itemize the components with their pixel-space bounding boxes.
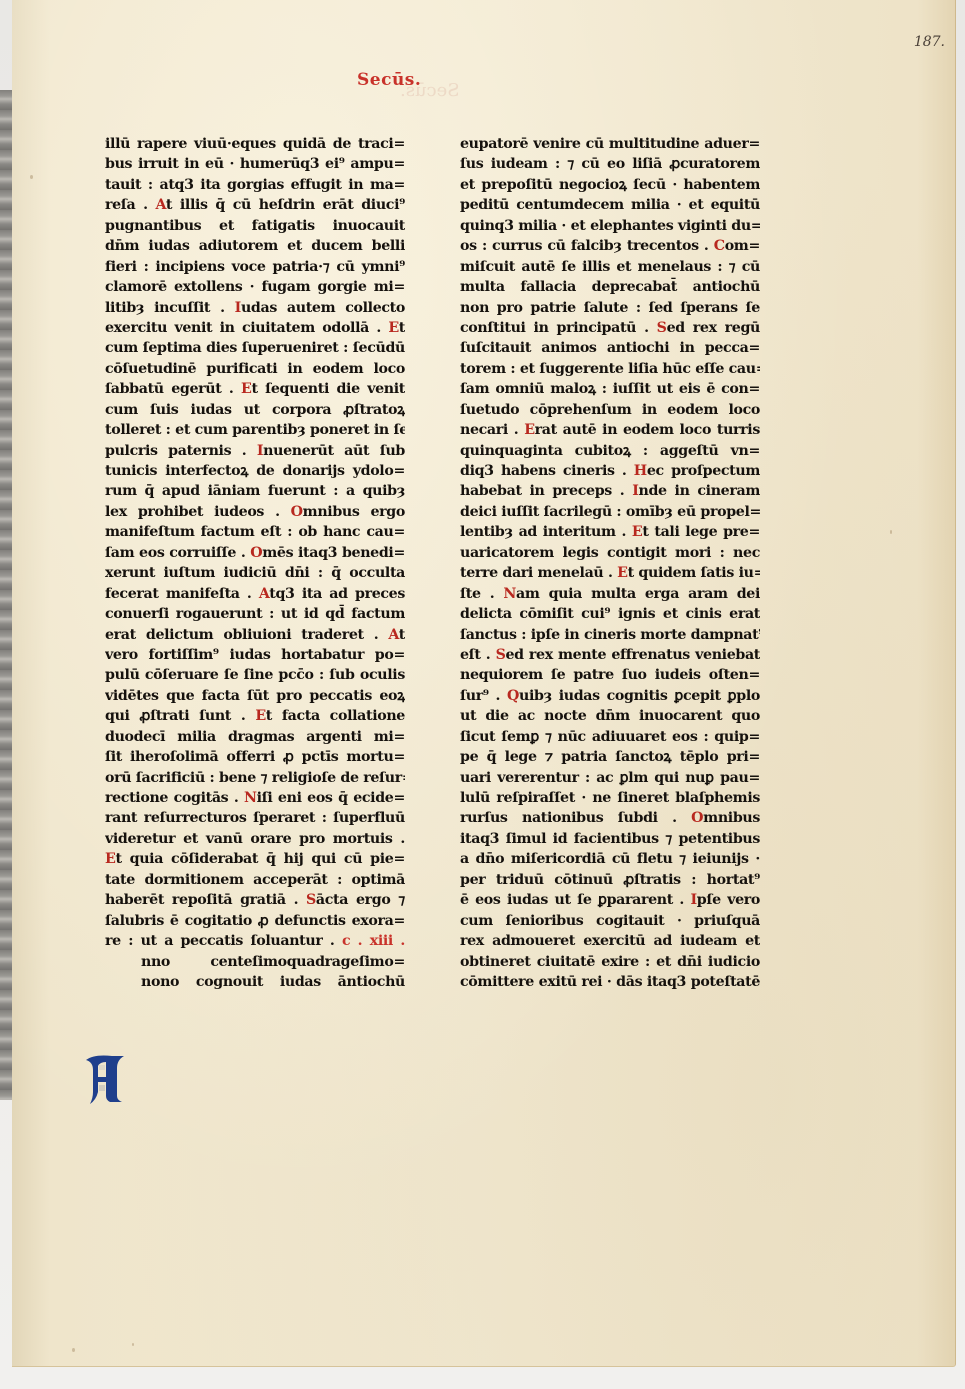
line-text: qui ꝓſtrati ſunt .	[105, 708, 255, 724]
line-text: deici iuſſit ſacrilegū : omībȝ eū propel…	[460, 504, 760, 520]
text-line: exercitu venit in ciuitatem odollā . Et	[105, 318, 405, 338]
text-line: necari . Erat autē in eodem loco turris	[460, 420, 760, 440]
line-text: iſi eni eos q̄ ecide=	[257, 790, 405, 806]
text-line: pugnantibus et fatigatis inuocauit	[105, 216, 405, 236]
rubricated-capital: S	[496, 647, 506, 663]
text-line: uaricatorem legis contigit mori : nec	[460, 543, 760, 563]
text-line: rex admoueret exercitū ad iudeam et	[460, 931, 760, 951]
line-text: erat delictum obliuioni traderet .	[105, 627, 388, 643]
text-line: ſam omniū maloꝝ : iuſſit ut eis ē con=	[460, 379, 760, 399]
scanned-page: 187. Secūs. Secūs. illū rapere viuū·eque…	[0, 0, 965, 1389]
line-text: t	[399, 627, 405, 643]
foxing-spot	[30, 175, 33, 179]
text-line: reſa . At illis q̄ cū heſdrin erāt diuci…	[105, 195, 405, 215]
text-line: clamorē extollens · fugam gorgie mi=	[105, 277, 405, 297]
line-text: diq3 habens cineris .	[460, 463, 634, 479]
text-line: re : ut a peccatis ſoluantur . c . xiii …	[105, 931, 405, 951]
text-line: pulcris paternis . Inuenerūt aūt ſub	[105, 441, 405, 461]
line-text: illū rapere viuū·eques quidā de traci=	[105, 136, 405, 152]
foxing-spot	[132, 1343, 134, 1346]
line-text: ed rex regū	[667, 320, 760, 336]
text-line: cum ſuis iudas ut corpora ꝓſtratoꝝ	[105, 400, 405, 420]
rubricated-capital: O	[291, 504, 303, 520]
rubricated-capital: E	[241, 381, 251, 397]
text-line: ſit iheroſolimā offerri ꝓ pctīs mortu=	[105, 747, 405, 767]
text-line: uari vererentur : ac ꝑlm qui nuꝑ pau=	[460, 768, 760, 788]
line-text: mnibus ergo	[303, 504, 405, 520]
text-line: nequiorem ſe patre ſuo iudeis oſten=	[460, 665, 760, 685]
text-line: ſabbatū egerūt . Et ſequenti die venit	[105, 379, 405, 399]
line-text: conuerſi rogauerunt : ut id qd̄ factum	[105, 606, 405, 622]
text-line: illū rapere viuū·eques quidā de traci=	[105, 134, 405, 154]
text-line: per triduū cōtinuū ꝓſtratis : hortat⁹	[460, 870, 760, 890]
text-line: fecerat manifeſta . Atq3 ita ad preces	[105, 584, 405, 604]
text-line: miſcuit autē ſe illis et menelaus : ⁊ cū	[460, 257, 760, 277]
rubricated-capital: E	[617, 565, 627, 581]
line-text: pulū cōſeruare ſe ſine pcc̄o : ſub oculi…	[105, 667, 405, 683]
text-line: ē eos iudas ut ſe ꝑpararent . Ipſe vero	[460, 890, 760, 910]
line-text: litibȝ incuſſit .	[105, 300, 235, 316]
line-text: rat autē in eodem loco turris	[535, 422, 760, 438]
line-text: lentibȝ ad interitum .	[460, 524, 632, 540]
text-line: rant reſurrecturos ſperaret : ſuperfluū	[105, 808, 405, 828]
text-column-left: illū rapere viuū·eques quidā de traci=bu…	[105, 134, 405, 992]
text-line: cōmittere exitū rei · dās itaq3 poteſtat…	[460, 972, 760, 992]
text-line: lulū reſpiraſſet · ne ſineret blaſphemis	[460, 788, 760, 808]
text-line: pe q̄ lege ⁊ patria ſanctoꝝ tēplo pri=	[460, 747, 760, 767]
line-text: et prepoſitū negocioꝝ ſecū · habentem	[460, 177, 760, 193]
text-line: tauit : atq3 ita gorgias effugit in ma=	[105, 175, 405, 195]
text-line: ſam eos corruiſſe . Omēs itaq3 benedi=	[105, 543, 405, 563]
illuminated-initial-a	[84, 1052, 130, 1104]
text-line: cōſuetudinē purificati in eodem loco	[105, 359, 405, 379]
line-text: cum ſeptima dies ſuperueniret : ſecūdū	[105, 340, 405, 356]
text-line: pulū cōſeruare ſe ſine pcc̄o : ſub oculi…	[105, 665, 405, 685]
rubricated-capital: S	[657, 320, 667, 336]
line-text: t tali lege pre=	[642, 524, 760, 540]
text-line: terre dari menelaū . Et quidem ſatis iu=	[460, 563, 760, 583]
rubricated-capital: O	[250, 545, 262, 561]
text-line: dn̄m iudas adiutorem et ducem belli	[105, 236, 405, 256]
line-text: rurſus nationibus ſubdi .	[460, 810, 691, 826]
line-text: t	[399, 320, 405, 336]
text-line: conſtitui in principatū . Sed rex regū	[460, 318, 760, 338]
line-text: rex admoueret exercitū ad iudeam et	[460, 933, 760, 949]
text-column-right: eupatorē venire cū multitudine aduer=ſus…	[460, 134, 760, 992]
text-line: orū ſacrificiū : bene ⁊ religioſe de reſ…	[105, 768, 405, 788]
line-text: ſus iudeam : ⁊ cū eo liſiā ꝓcuratorem	[460, 156, 760, 172]
line-text: ē eos iudas ut ſe ꝑpararent .	[460, 892, 690, 908]
line-text: tate dormitionem acceperāt : optimā	[105, 872, 405, 888]
text-line: ut die ac nocte dn̄m inuocarent quo	[460, 706, 760, 726]
text-line: habebat in preceps . Inde in cineram	[460, 481, 760, 501]
rubricated-capital: A	[259, 586, 269, 602]
line-text: manifeſtum factum eſt : ob hanc cau=	[105, 524, 405, 540]
line-text: rectione cogitās .	[105, 790, 244, 806]
line-text: ſicut ſemꝑ ⁊ nūc adiuuaret eos : quip=	[460, 729, 760, 745]
line-text: necari .	[460, 422, 524, 438]
line-text: torem : et ſuggerente liſia hūc eſſe cau…	[460, 361, 760, 377]
text-line: ſur⁹ . Quibȝ iudas cognitis ꝑcepit ꝑplo	[460, 686, 760, 706]
text-line: quinq3 milia · et elephantes viginti du=	[460, 216, 760, 236]
rubricated-capital: E	[388, 320, 398, 336]
line-text: clamorē extollens · fugam gorgie mi=	[105, 279, 405, 295]
line-text: t illis q̄ cū heſdrin erāt diuci⁹	[166, 197, 405, 213]
text-line: non pro patrie ſalute : ſed ſperans ſe	[460, 298, 760, 318]
line-text: eſt .	[460, 647, 496, 663]
line-text: ſuetudo cōprehenſum in eodem loco	[460, 402, 760, 418]
line-text: duodecī milia dragmas argenti mi=	[105, 729, 405, 745]
line-text: nuenerūt aūt ſub	[263, 443, 405, 459]
rubricated-capital: E	[105, 851, 115, 867]
folio-number: 187.	[914, 34, 945, 50]
text-line: nono cognouit iudas āntiochū	[105, 972, 405, 992]
text-line: erat delictum obliuioni traderet . At	[105, 625, 405, 645]
line-text: lex prohibet iudeos .	[105, 504, 291, 520]
line-text: conſtitui in principatū .	[460, 320, 657, 336]
text-line: ſicut ſemꝑ ⁊ nūc adiuuaret eos : quip=	[460, 727, 760, 747]
text-line: peditū centumdecem milia · et equitū	[460, 195, 760, 215]
line-text: ed rex mente effrenatus veniebat	[505, 647, 760, 663]
line-text: nono cognouit iudas āntiochū	[141, 974, 405, 990]
line-text: exercitu venit in ciuitatem odollā .	[105, 320, 388, 336]
line-text: cōmittere exitū rei · dās itaq3 poteſtat…	[460, 974, 760, 990]
text-line: delicta cōmiſit cui⁹ ignis et cinis erat	[460, 604, 760, 624]
line-text: mēs itaq3 benedi=	[262, 545, 405, 561]
line-text: terre dari menelaū .	[460, 565, 617, 581]
line-text: t facta collatione	[266, 708, 405, 724]
text-line: a dn̄o miſericordiā cū fletu ⁊ ieiunijs …	[460, 849, 760, 869]
chapter-number: c . xiii .	[335, 933, 405, 949]
line-text: nequiorem ſe patre ſuo iudeis oſten=	[460, 667, 760, 683]
line-text: per triduū cōtinuū ꝓſtratis : hortat⁹	[460, 872, 760, 888]
text-line: cum ſenioribus cogitauit · priuſquā	[460, 911, 760, 931]
line-text: ſam omniū maloꝝ : iuſſit ut eis ē con=	[460, 381, 760, 397]
line-text: tauit : atq3 ita gorgias effugit in ma=	[105, 177, 405, 193]
text-line: ſus iudeam : ⁊ cū eo liſiā ꝓcuratorem	[460, 154, 760, 174]
line-text: tolleret : et cum parentibȝ poneret in ſ…	[105, 422, 405, 438]
text-line: videretur et vanū orare pro mortuis .	[105, 829, 405, 849]
line-text: rant reſurrecturos ſperaret : ſuperfluū	[105, 810, 405, 826]
rubricated-capital: S	[306, 892, 316, 908]
text-line: multa fallacia deprecabat̄ antiochū	[460, 277, 760, 297]
line-text: re : ut a peccatis ſoluantur .	[105, 933, 335, 949]
rubricated-capital: H	[634, 463, 647, 479]
line-text: tunicis interfectoꝝ de donarijs ydolo=	[105, 463, 405, 479]
line-text: non pro patrie ſalute : ſed ſperans ſe	[460, 300, 760, 316]
line-text: quinquaginta cubitoꝝ : aggeſtū vn=	[460, 443, 760, 459]
line-text: ſte .	[460, 586, 503, 602]
line-text: vero fortiſſim⁹ iudas hortabatur po=	[105, 647, 405, 663]
text-line: manifeſtum factum eſt : ob hanc cau=	[105, 522, 405, 542]
line-text: ācta ergo ⁊	[316, 892, 405, 908]
line-text: multa fallacia deprecabat̄ antiochū	[460, 279, 760, 295]
line-text: pſe vero	[697, 892, 760, 908]
text-line: bus irruit in eū · humerūq3 ei⁹ ampu=	[105, 154, 405, 174]
line-text: t quidem ſatis iu=	[628, 565, 760, 581]
line-text: uibȝ iudas cognitis ꝑcepit ꝑplo	[519, 688, 760, 704]
rubricated-capital: A	[156, 197, 166, 213]
line-text: obtineret ciuitatē exire : et dn̄i iudic…	[460, 954, 760, 970]
text-line: et prepoſitū negocioꝝ ſecū · habentem	[460, 175, 760, 195]
text-line: vero fortiſſim⁹ iudas hortabatur po=	[105, 645, 405, 665]
text-line: tunicis interfectoꝝ de donarijs ydolo=	[105, 461, 405, 481]
foxing-spot	[72, 1348, 75, 1352]
line-text: vidētes que facta ſūt pro peccatis eoꝝ	[105, 688, 405, 704]
text-line: litibȝ incuſſit . Iudas autem collecto	[105, 298, 405, 318]
rubricated-capital: N	[503, 586, 516, 602]
line-text: t quia cōſiderabat q̄ hij qui cū pie=	[115, 851, 405, 867]
text-line: fieri : incipiens voce patria·⁊ cū ymni⁹	[105, 257, 405, 277]
line-text: miſcuit autē ſe illis et menelaus : ⁊ cū	[460, 259, 760, 275]
line-text: ſalubris ē cogitatio ꝓ defunctis exora=	[105, 913, 405, 929]
text-line: xerunt iuſtum iudiciū dn̄i : q̄ occulta	[105, 563, 405, 583]
line-text: orū ſacrificiū : bene ⁊ religioſe de reſ…	[105, 770, 405, 786]
running-head: Secūs.	[357, 70, 421, 90]
text-line: ſte . Nam quia multa erga aram dei	[460, 584, 760, 604]
rubricated-capital: N	[244, 790, 257, 806]
line-text: videretur et vanū orare pro mortuis .	[105, 831, 405, 847]
text-line: itaq3 ſimul id facientibus ⁊ petentibus	[460, 829, 760, 849]
line-text: ſabbatū egerūt .	[105, 381, 241, 397]
line-text: om=	[725, 238, 760, 254]
rubricated-capital: O	[691, 810, 703, 826]
line-text: rum q̄ apud iāniam fuerunt : a quibȝ	[105, 483, 405, 499]
rubricated-capital: E	[524, 422, 534, 438]
text-line: deici iuſſit ſacrilegū : omībȝ eū propel…	[460, 502, 760, 522]
line-text: nno centeſimoquadrageſimo=	[141, 954, 405, 970]
line-text: pe q̄ lege ⁊ patria ſanctoꝝ tēplo pri=	[460, 749, 760, 765]
rubricated-capital: E	[632, 524, 642, 540]
text-line: tolleret : et cum parentibȝ poneret in ſ…	[105, 420, 405, 440]
text-line: os : currus cū falcibȝ trecentos . Com=	[460, 236, 760, 256]
line-text: fieri : incipiens voce patria·⁊ cū ymni⁹	[105, 259, 405, 275]
line-text: dn̄m iudas adiutorem et ducem belli	[105, 238, 405, 254]
line-text: t ſequenti die venit	[251, 381, 405, 397]
text-line: qui ꝓſtrati ſunt . Et facta collatione	[105, 706, 405, 726]
line-text: cum ſuis iudas ut corpora ꝓſtratoꝝ	[105, 402, 405, 418]
text-line: vidētes que facta ſūt pro peccatis eoꝝ	[105, 686, 405, 706]
line-text: uaricatorem legis contigit mori : nec	[460, 545, 760, 561]
rubricated-capital: C	[714, 238, 725, 254]
line-text: pugnantibus et fatigatis inuocauit	[105, 218, 405, 234]
text-line: eupatorē venire cū multitudine aduer=	[460, 134, 760, 154]
line-text: ſur⁹ .	[460, 688, 507, 704]
text-line: ſanctus : ipſe in cineris morte dampnat⁹	[460, 625, 760, 645]
text-line: quinquaginta cubitoꝝ : aggeſtū vn=	[460, 441, 760, 461]
text-line: rum q̄ apud iāniam fuerunt : a quibȝ	[105, 481, 405, 501]
line-text: reſa .	[105, 197, 156, 213]
text-line: diq3 habens cineris . Hec proſpectum	[460, 461, 760, 481]
line-text: os : currus cū falcibȝ trecentos .	[460, 238, 714, 254]
line-text: habebat in preceps .	[460, 483, 632, 499]
text-line: Et quia cōſiderabat q̄ hij qui cū pie=	[105, 849, 405, 869]
text-line: nno centeſimoquadrageſimo=	[105, 952, 405, 972]
line-text: cōſuetudinē purificati in eodem loco	[105, 361, 405, 377]
rubricated-capital: A	[388, 627, 398, 643]
line-text: a dn̄o miſericordiā cū fletu ⁊ ieiunijs …	[460, 851, 760, 867]
line-text: ſanctus : ipſe in cineris morte dampnat⁹	[460, 627, 760, 643]
line-text: bus irruit in eū · humerūq3 ei⁹ ampu=	[105, 156, 405, 172]
text-line: duodecī milia dragmas argenti mi=	[105, 727, 405, 747]
text-line: ſalubris ē cogitatio ꝓ defunctis exora=	[105, 911, 405, 931]
line-text: delicta cōmiſit cui⁹ ignis et cinis erat	[460, 606, 760, 622]
line-text: xerunt iuſtum iudiciū dn̄i : q̄ occulta	[105, 565, 405, 581]
line-text: nde in cineram	[638, 483, 760, 499]
text-line: conuerſi rogauerunt : ut id qd̄ factum	[105, 604, 405, 624]
text-line: cum ſeptima dies ſuperueniret : ſecūdū	[105, 338, 405, 358]
line-text: eupatorē venire cū multitudine aduer=	[460, 136, 760, 152]
line-text: am quia multa erga aram dei	[516, 586, 760, 602]
line-text: lulū reſpiraſſet · ne ſineret blaſphemis	[460, 790, 760, 806]
line-text: mnibus	[703, 810, 760, 826]
line-text: itaq3 ſimul id facientibus ⁊ petentibus	[460, 831, 760, 847]
text-line: haberēt repoſitā gratiā . Sācta ergo ⁊	[105, 890, 405, 910]
line-text: ſuſcitauit animos antiochi in pecca=	[460, 340, 760, 356]
line-text: fecerat manifeſta .	[105, 586, 259, 602]
line-text: pulcris paternis .	[105, 443, 257, 459]
text-line: tate dormitionem acceperāt : optimā	[105, 870, 405, 890]
text-line: rectione cogitās . Niſi eni eos q̄ ecide…	[105, 788, 405, 808]
line-text: tq3 ita ad preces	[269, 586, 405, 602]
text-line: obtineret ciuitatē exire : et dn̄i iudic…	[460, 952, 760, 972]
foxing-spot	[890, 530, 892, 534]
line-text: ut die ac nocte dn̄m inuocarent quo	[460, 708, 760, 724]
text-line: ſuſcitauit animos antiochi in pecca=	[460, 338, 760, 358]
rubricated-capital: E	[255, 708, 265, 724]
text-line: eſt . Sed rex mente effrenatus veniebat	[460, 645, 760, 665]
text-line: torem : et ſuggerente liſia hūc eſſe cau…	[460, 359, 760, 379]
text-line: lentibȝ ad interitum . Et tali lege pre=	[460, 522, 760, 542]
line-text: ec proſpectum	[647, 463, 760, 479]
line-text: peditū centumdecem milia · et equitū	[460, 197, 760, 213]
line-text: ſit iheroſolimā offerri ꝓ pctīs mortu=	[105, 749, 405, 765]
line-text: ſam eos corruiſſe .	[105, 545, 250, 561]
line-text: udas autem collecto	[241, 300, 405, 316]
line-text: quinq3 milia · et elephantes viginti du=	[460, 218, 760, 234]
line-text: cum ſenioribus cogitauit · priuſquā	[460, 913, 760, 929]
line-text: uari vererentur : ac ꝑlm qui nuꝑ pau=	[460, 770, 760, 786]
line-text: haberēt repoſitā gratiā .	[105, 892, 306, 908]
text-line: lex prohibet iudeos . Omnibus ergo	[105, 502, 405, 522]
text-line: rurſus nationibus ſubdi . Omnibus	[460, 808, 760, 828]
rubricated-capital: Q	[507, 688, 519, 704]
text-line: ſuetudo cōprehenſum in eodem loco	[460, 400, 760, 420]
